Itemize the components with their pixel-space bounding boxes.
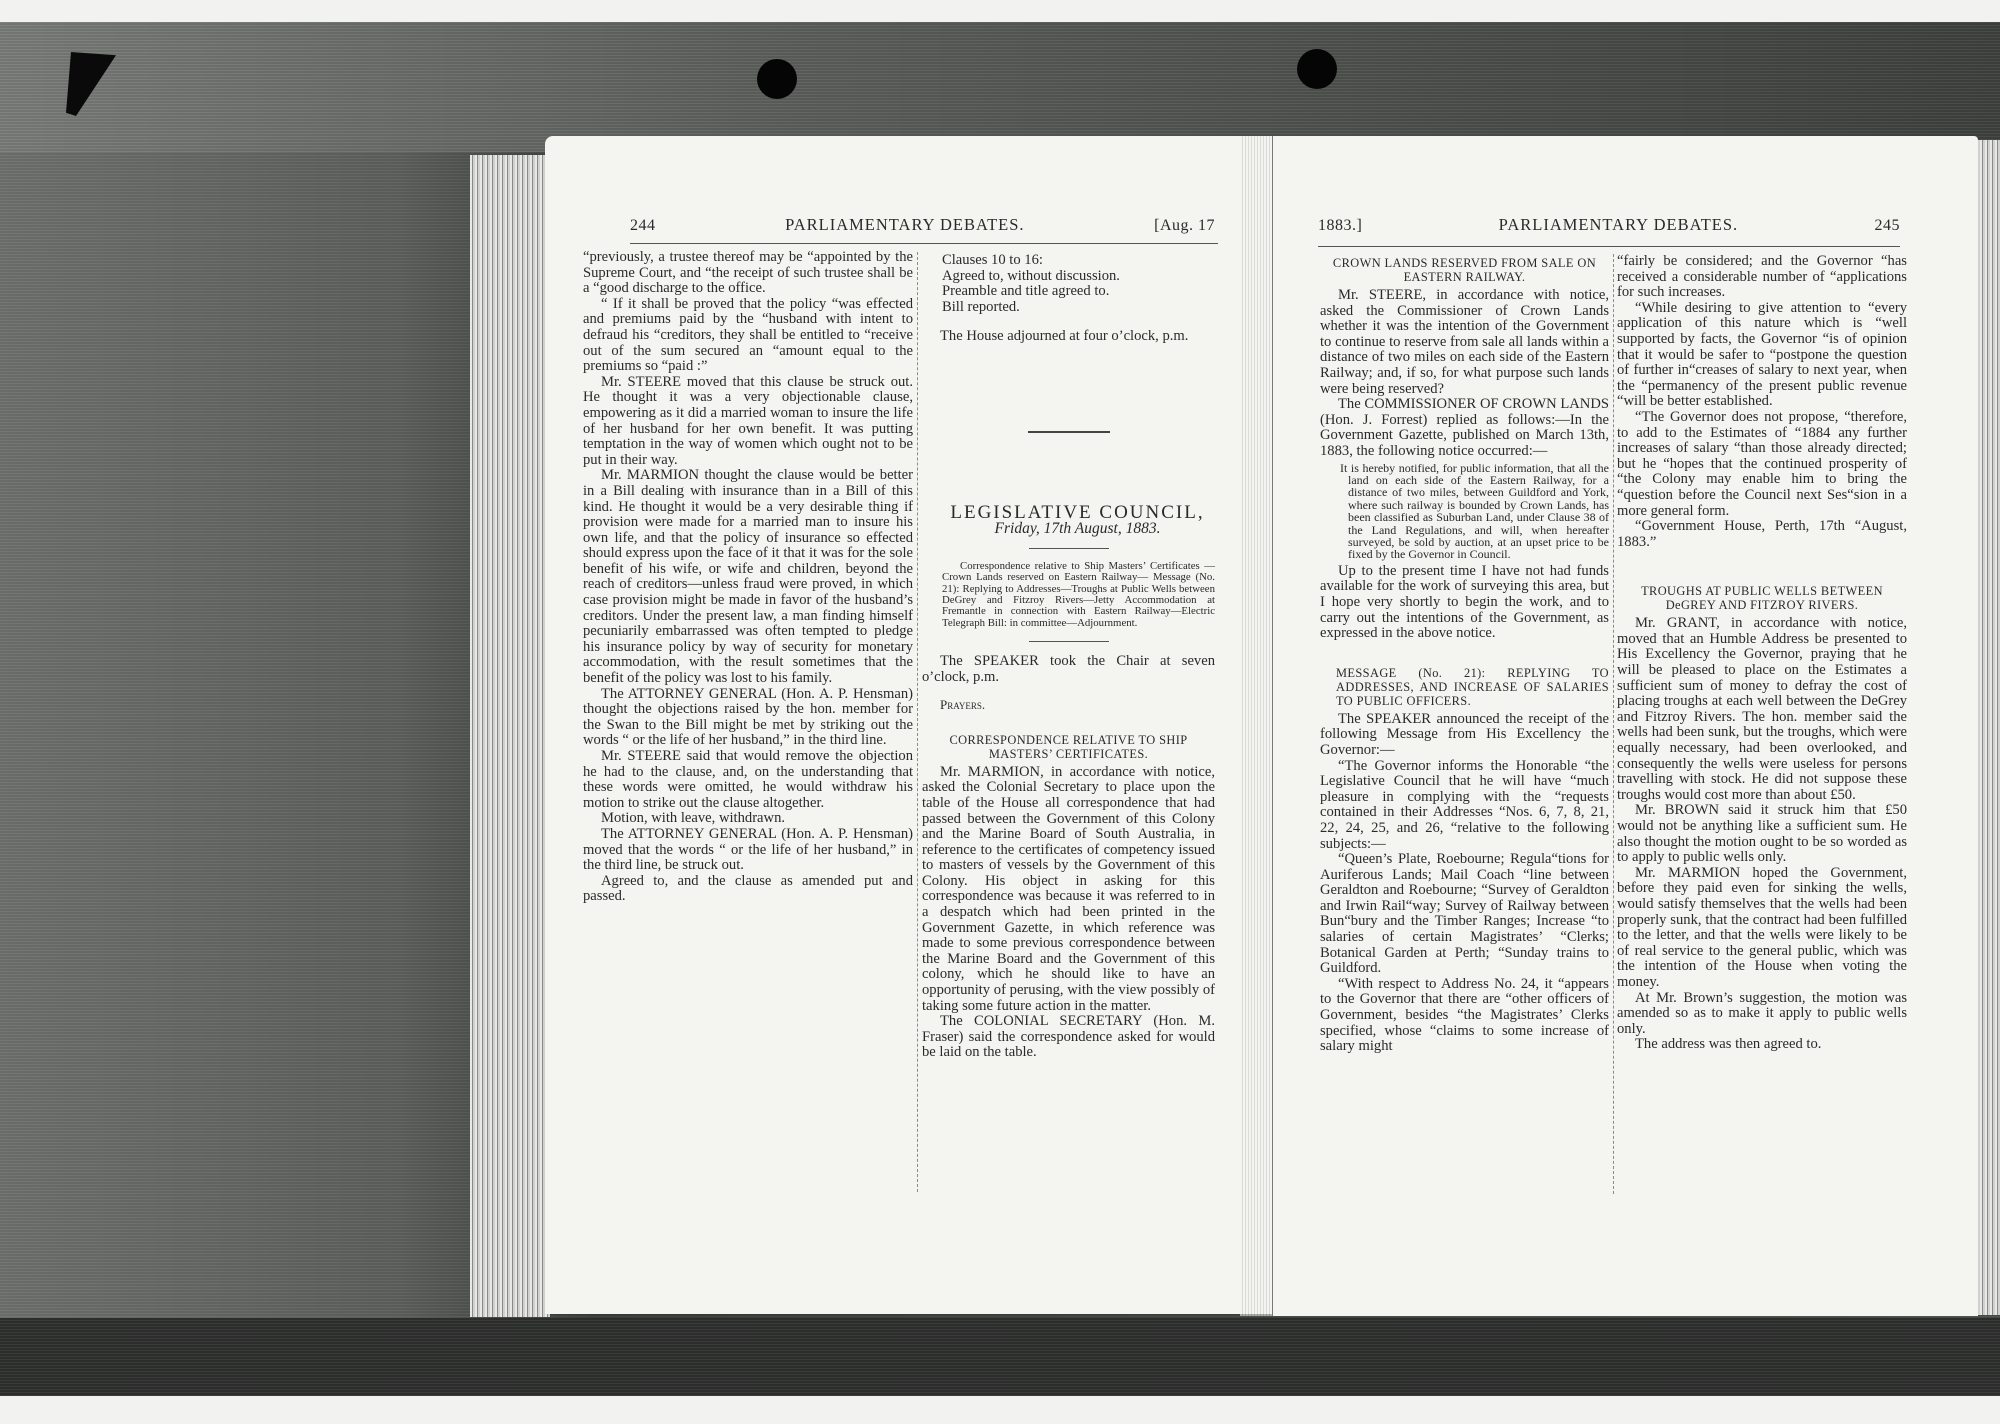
- scanner-background-bottom: [0, 1318, 2000, 1396]
- right-page-column-1: CROWN LANDS RESERVED FROM SALE ON EASTER…: [1320, 254, 1609, 1055]
- paragraph: “Queen’s Plate, Roebourne; Regula­“tions…: [1320, 852, 1609, 977]
- left-page-column-2: Clauses 10 to 16: Agreed to, without dis…: [922, 253, 1215, 1061]
- clause-line: Clauses 10 to 16:: [922, 253, 1215, 269]
- paragraph: “While desiring to give attention to “ev…: [1617, 301, 1907, 410]
- paragraph: Mr. MARMION, in accordance with notice, …: [922, 765, 1215, 1015]
- paragraph: Mr. MARMION hoped the Government, before…: [1617, 866, 1907, 991]
- right-running-head: 1883.] PARLIAMENTARY DEBATES. 245: [1318, 215, 1900, 235]
- running-date: [Aug. 17: [1154, 217, 1215, 235]
- punch-hole: [1297, 49, 1337, 89]
- sitting-summary: Correspondence relative to Ship Masters’…: [922, 561, 1215, 629]
- running-title: PARLIAMENTARY DEBATES.: [785, 215, 1024, 235]
- paragraph: Mr. STEERE said that would remove the ob…: [583, 749, 913, 811]
- punch-hole: [757, 59, 797, 99]
- council-title: LEGISLATIVE COUNCIL,: [922, 505, 1215, 521]
- paragraph: “The Governor informs the Honorable “the…: [1320, 759, 1609, 853]
- paragraph: Agreed to, and the clause as amended put…: [583, 874, 913, 905]
- paragraph: Mr. BROWN said it struck him that £50 wo…: [1617, 803, 1907, 865]
- book-page-edges-right: [1975, 140, 2000, 1315]
- paragraph: The ATTORNEY GENERAL (Hon. A. P. Hensman…: [583, 687, 913, 749]
- paragraph: Mr. MARMION thought the clause would be …: [583, 468, 913, 686]
- clause-line: Agreed to, without discussion.: [922, 269, 1215, 285]
- book-gutter: [1240, 136, 1275, 1316]
- clause-line: Bill reported.: [922, 300, 1215, 316]
- right-page-column-2: “fairly be considered; and the Governor …: [1617, 254, 1907, 1053]
- header-rule: [1318, 246, 1900, 247]
- paragraph: “Government House, Perth, 17th “August, …: [1617, 519, 1907, 550]
- section-heading: TROUGHS AT PUBLIC WELLS BETWEEN DeGREY A…: [1617, 584, 1907, 612]
- prayers-line: Prayers.: [922, 697, 1215, 713]
- paragraph: The ATTORNEY GENERAL (Hon. A. P. Hensman…: [583, 827, 913, 874]
- paragraph: “With respect to Address No. 24, it “app…: [1320, 977, 1609, 1055]
- header-rule: [630, 243, 1218, 244]
- section-heading: MESSAGE (No. 21): REPLYING TO ADDRESSES,…: [1320, 666, 1609, 708]
- column-divider: [917, 252, 918, 1192]
- section-rule: [1029, 548, 1109, 549]
- gazette-notice: It is hereby notified, for public inform…: [1320, 462, 1609, 561]
- book-page-edges-left: [470, 155, 550, 1317]
- left-running-head: 244 PARLIAMENTARY DEBATES. [Aug. 17: [630, 215, 1215, 235]
- section-rule: [1029, 641, 1109, 642]
- adjournment-note: The House adjourned at four o’clock, p.m…: [922, 329, 1215, 345]
- left-page-column-1: “previously, a trustee thereof may be “a…: [583, 250, 913, 905]
- section-heading: CROWN LANDS RESERVED FROM SALE ON EASTER…: [1320, 256, 1609, 284]
- section-rule: [1028, 431, 1110, 433]
- paragraph: Mr. STEERE moved that this clause be str…: [583, 375, 913, 469]
- section-heading: CORRESPONDENCE RELATIVE TO SHIP MASTERS’…: [922, 733, 1215, 761]
- paragraph: Mr. GRANT, in accordance with notice, mo…: [1617, 616, 1907, 803]
- paragraph: Up to the present time I have not had fu…: [1320, 564, 1609, 642]
- paragraph: “fairly be considered; and the Governor …: [1617, 254, 1907, 301]
- paragraph: The address was then agreed to.: [1617, 1037, 1907, 1053]
- paragraph: “previously, a trustee thereof may be “a…: [583, 250, 913, 297]
- running-date: 1883.]: [1318, 217, 1362, 235]
- paragraph: At Mr. Brown’s suggestion, the motion wa…: [1617, 991, 1907, 1038]
- paragraph: “The Governor does not propose, “therefo…: [1617, 410, 1907, 519]
- page-number: 245: [1875, 217, 1901, 235]
- clause-line: Preamble and title agreed to.: [922, 284, 1215, 300]
- page-number: 244: [630, 217, 656, 235]
- speaker-paragraph: The SPEAKER took the Chair at seven o’cl…: [922, 654, 1215, 685]
- paragraph: Mr. STEERE, in accordance with notice, a…: [1320, 288, 1609, 397]
- paragraph: Motion, with leave, withdrawn.: [583, 811, 913, 827]
- column-divider: [1613, 254, 1614, 1194]
- paragraph: “ If it shall be proved that the policy …: [583, 297, 913, 375]
- paragraph: The SPEAKER announced the receipt of the…: [1320, 712, 1609, 759]
- scanner-background-top: [0, 22, 2000, 152]
- paragraph: The COLONIAL SECRETARY (Hon. M. Fraser) …: [922, 1014, 1215, 1061]
- running-title: PARLIAMENTARY DEBATES.: [1499, 215, 1738, 235]
- paragraph: The COMMISSIONER OF CROWN LANDS (Hon. J.…: [1320, 397, 1609, 459]
